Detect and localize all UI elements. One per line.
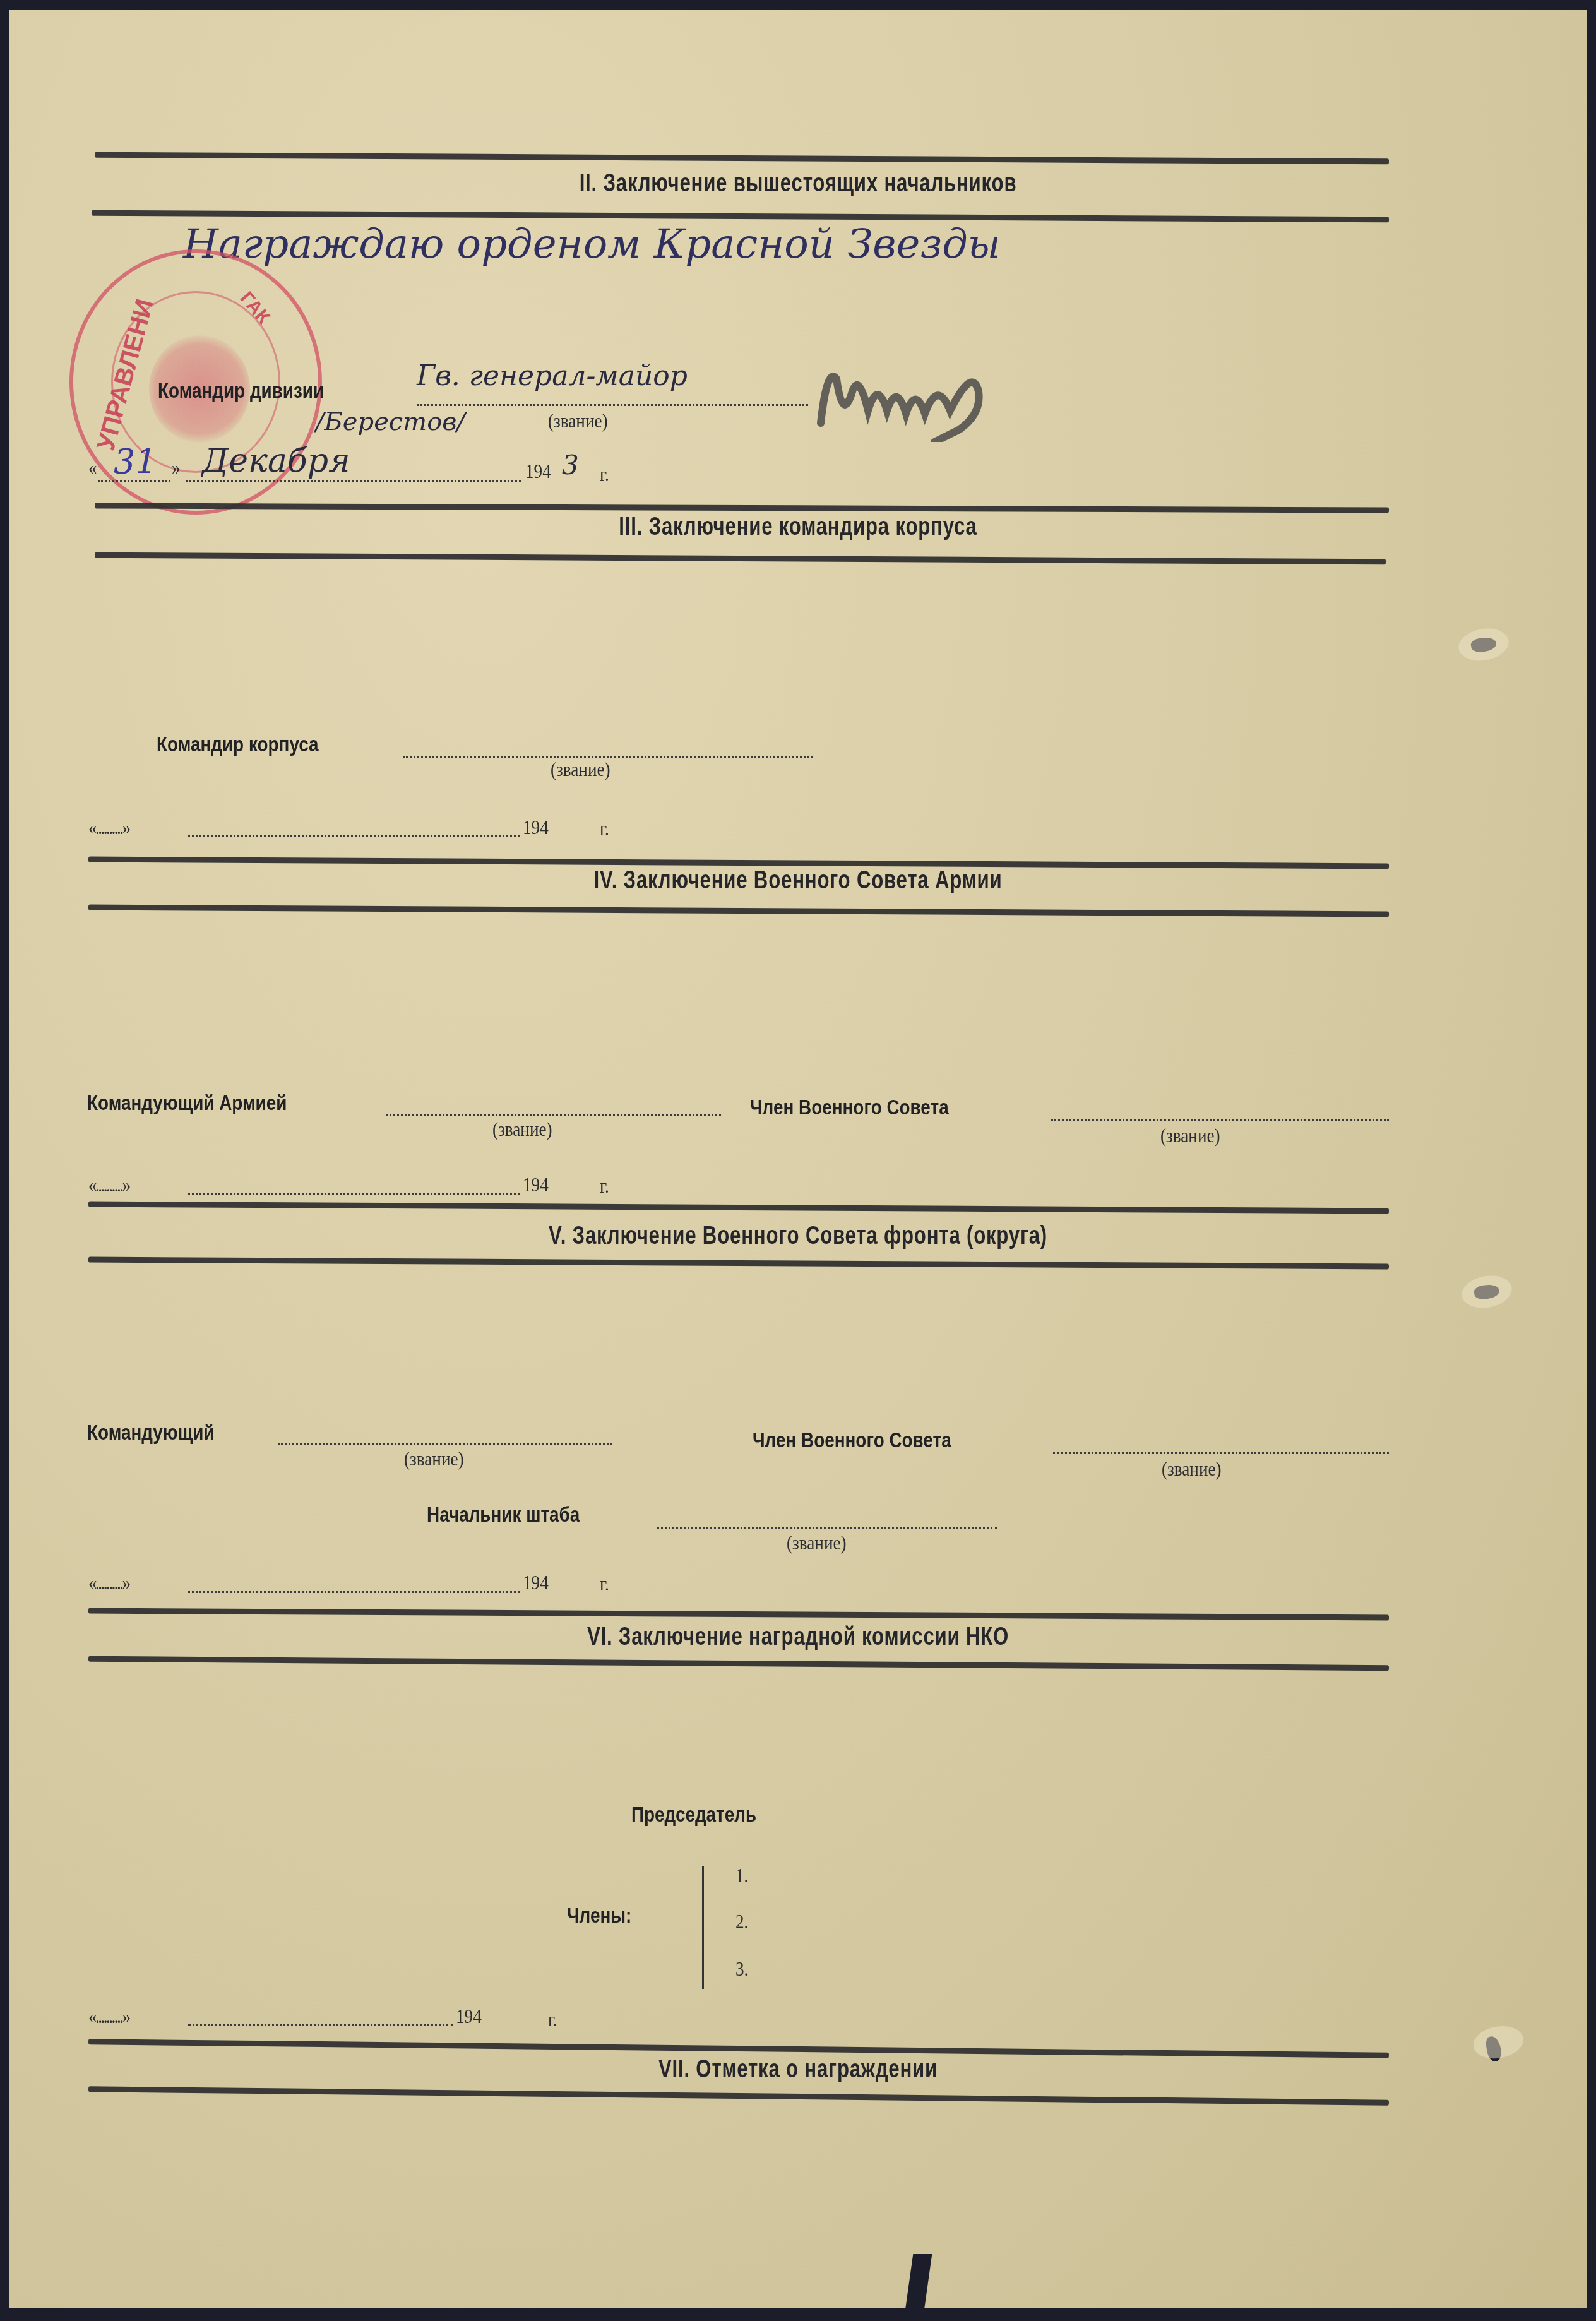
rank-caption: (звание) [492, 1118, 552, 1141]
date-day-field: «..........» [88, 2005, 129, 2028]
division-commander-rank-line [417, 404, 808, 406]
corps-commander-label: Командир корпуса [157, 732, 319, 757]
section-vi-title: VI. Заключение наградной комиссии НКО [176, 1623, 1420, 1651]
member-1: 1. [735, 1864, 748, 1887]
signature [808, 354, 1016, 442]
punch-hole-middle [1473, 1283, 1500, 1301]
punch-hole-top [1470, 636, 1497, 654]
section-vii-title: VII. Отметка о награждении [176, 2055, 1420, 2084]
division-commander-label: Командир дивизии [158, 379, 324, 403]
rank-caption: (звание) [787, 1531, 847, 1554]
date-open-quote: « [88, 456, 97, 479]
date-year: 194 [523, 1173, 549, 1196]
chairman-label: Председатель [631, 1803, 756, 1827]
date-day-field: «..........» [88, 1571, 129, 1594]
date-year-suffix: г. [600, 1572, 609, 1596]
member-2: 2. [735, 1910, 748, 1933]
division-commander-rank: Гв. генерал-майор [417, 360, 688, 392]
date-month-line [188, 1591, 520, 1593]
date-month-line [188, 1193, 520, 1195]
rank-caption: (звание) [548, 409, 608, 433]
date-year: 194 [456, 2005, 482, 2028]
date-day-field: «..........» [88, 1173, 129, 1196]
chief-of-staff-label: Начальник штаба [427, 1503, 580, 1527]
front-commander-label: Командующий [87, 1421, 214, 1445]
army-commander-rank-line [386, 1114, 721, 1116]
members-label: Члены: [567, 1904, 631, 1928]
front-council-member-label: Член Военного Совета [753, 1428, 951, 1453]
date-year-suffix: г. [600, 463, 609, 486]
rank-caption: (звание) [1162, 1457, 1222, 1481]
chief-of-staff-rank-line [657, 1527, 997, 1529]
front-commander-rank-line [278, 1443, 612, 1445]
date-close-quote: » [172, 456, 181, 479]
date-year-suffix: г. [548, 2008, 557, 2031]
date-month-line [188, 2024, 453, 2026]
handwritten-conclusion: Награждаю орденом Красной Звезды [183, 221, 1001, 268]
members-bracket [702, 1866, 704, 1989]
army-council-member-rank-line [1051, 1119, 1389, 1121]
date-year-printed: 194 [525, 460, 551, 483]
date-month-line [186, 480, 521, 482]
rank-caption: (звание) [404, 1447, 464, 1471]
date-month-line [188, 835, 520, 837]
rank-caption: (звание) [1160, 1124, 1220, 1147]
section-v-title: V. Заключение Военного Совета фронта (ок… [176, 1222, 1420, 1250]
rank-caption: (звание) [551, 758, 610, 781]
date-year-suffix: г. [600, 1174, 609, 1198]
army-commander-label: Командующий Армией [87, 1091, 287, 1116]
army-council-member-label: Член Военного Совета [750, 1095, 949, 1120]
date-day: 31 [114, 442, 157, 482]
section-ii-title: II. Заключение вышестоящих начальников [176, 169, 1420, 198]
member-3: 3. [735, 1957, 748, 1981]
date-year: 194 [523, 1571, 549, 1594]
commander-name: /Берестов/ [316, 407, 465, 436]
front-council-member-rank-line [1053, 1452, 1389, 1454]
date-year-suffix: г. [600, 817, 609, 840]
date-day-field: «..........» [88, 816, 129, 839]
date-year: 194 [523, 816, 549, 839]
date-month: Декабря [202, 442, 350, 480]
date-year-handwritten: 3 [562, 450, 579, 480]
section-iv-title: IV. Заключение Военного Совета Армии [176, 866, 1420, 895]
date-day-line [98, 480, 170, 482]
section-iii-title: III. Заключение командира корпуса [176, 513, 1420, 541]
